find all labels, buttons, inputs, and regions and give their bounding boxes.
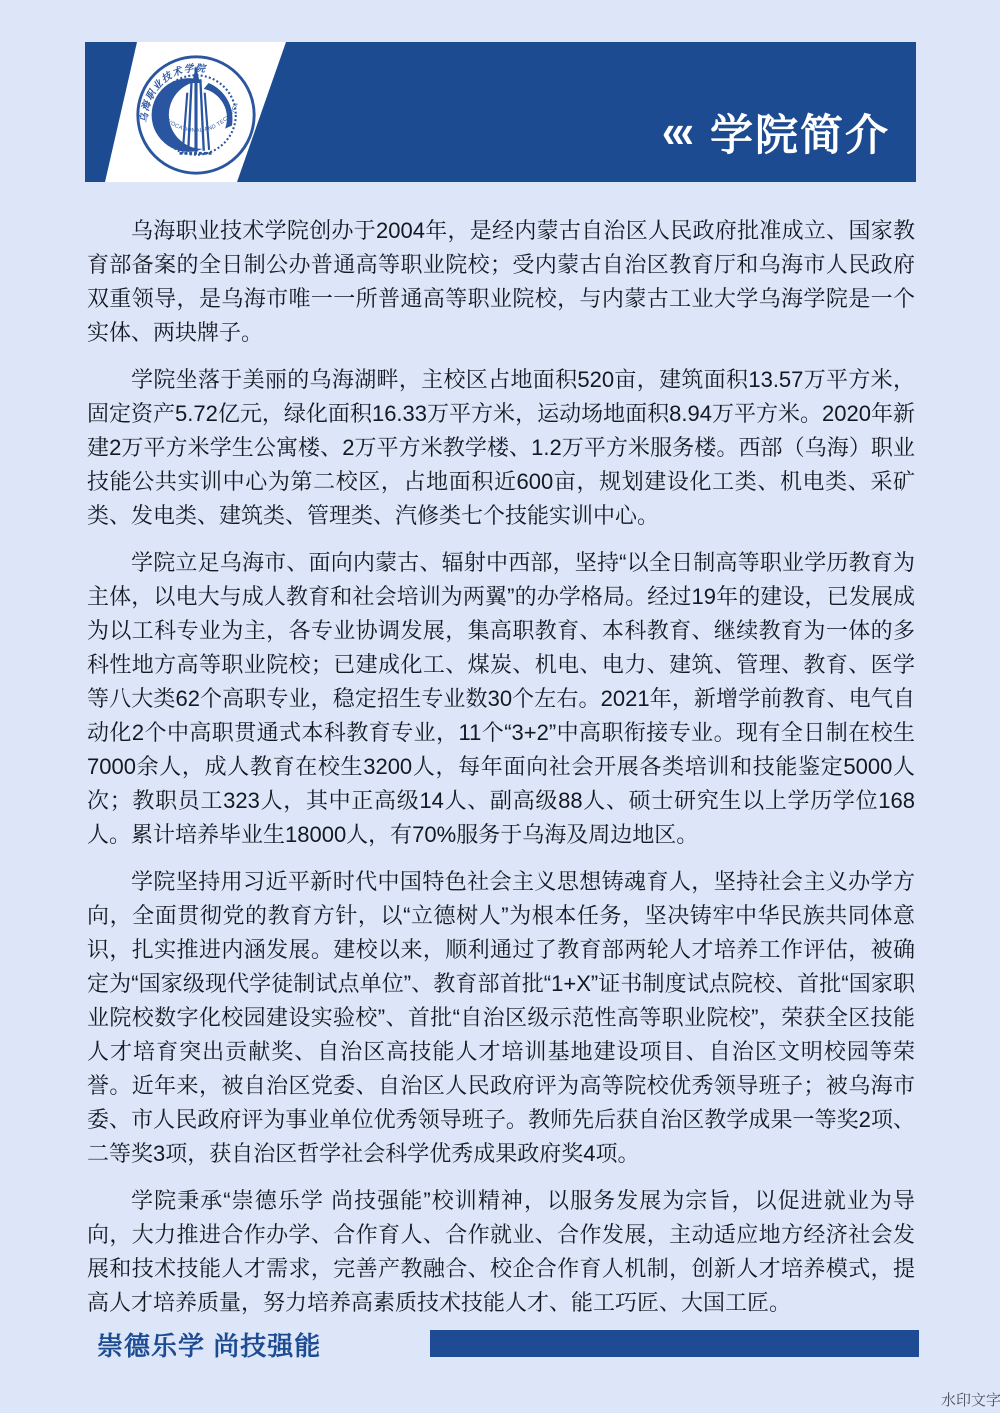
chevrons-icon: ‹‹‹: [662, 107, 696, 159]
college-seal-icon: 乌海职业技术学院 WUHAI VOCATIONAL AND TECHNICAL …: [133, 52, 259, 178]
paragraph-mission: 学院秉承“崇德乐学 尚技强能”校训精神，以服务发展为宗旨，以促进就业为导向，大力…: [87, 1184, 915, 1320]
paragraph-programs: 学院立足乌海市、面向内蒙古、辐射中西部，坚持“以全日制高等职业学历教育为主体，以…: [87, 546, 915, 852]
paragraph-campus: 学院坐落于美丽的乌海湖畔，主校区占地面积520亩，建筑面积13.57万平方米，固…: [87, 363, 915, 533]
paragraph-founding: 乌海职业技术学院创办于2004年，是经内蒙古自治区人民政府批准成立、国家教育部备…: [87, 214, 915, 350]
page-title-text: 学院简介: [710, 102, 890, 163]
college-logo: 乌海职业技术学院 WUHAI VOCATIONAL AND TECHNICAL …: [133, 52, 259, 178]
page-title: ‹‹‹ 学院简介: [662, 102, 890, 163]
watermark-text: 水印文字: [941, 1389, 1000, 1410]
paragraph-honors: 学院坚持用习近平新时代中国特色社会主义思想铸魂育人，坚持社会主义办学方向，全面贯…: [87, 865, 915, 1171]
introduction-body: 乌海职业技术学院创办于2004年，是经内蒙古自治区人民政府批准成立、国家教育部备…: [87, 214, 915, 1333]
footer-motto: 崇德乐学 尚技强能: [97, 1326, 321, 1363]
footer-accent-bar: [430, 1330, 919, 1357]
header-banner: 乌海职业技术学院 WUHAI VOCATIONAL AND TECHNICAL …: [85, 42, 916, 182]
